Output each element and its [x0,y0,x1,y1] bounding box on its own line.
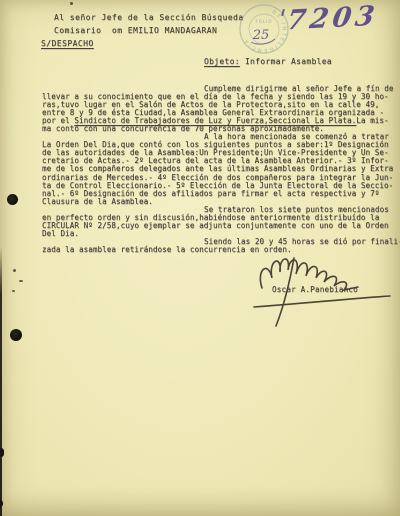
signature-typed-name: Oscar A.Panebianco [272,285,358,294]
punch-hole-bottom [10,329,22,341]
stamp-folio-number: 25 [252,28,270,43]
scan-edge-shadow [0,246,2,516]
subject-text: Informar Asamblea [240,57,332,66]
body-line: CIRCULAR Nº 2/58,cuyo ejemplar se adjunt… [42,222,400,230]
addressee-rank-name: Comisario om EMILIO MANDAGARAN [54,26,217,35]
scanned-document-page: Al señor Jefe de la Sección Búsqueda Com… [0,0,400,516]
subject-label: Objeto: [204,57,240,66]
ink-speck [70,2,73,5]
dispatch-line: S/DESPACHO [41,39,94,48]
ink-speck [12,268,16,272]
punch-hole-top [7,194,18,205]
handwritten-folio-number: 7203 [285,0,380,36]
ink-speck [19,280,23,282]
addressee-line: Al señor Jefe de la Sección Búsqueda [54,13,244,22]
scan-edge-mark [0,500,3,507]
stamp-folio-label: FOLIO [255,19,272,24]
ink-speck [12,290,15,292]
subject-line: Objeto: Informar Asamblea [204,57,332,66]
body-lines: Cumpleme dirigirme al señor Jefe a fín d… [42,85,400,254]
scan-edge-mark [0,448,4,457]
